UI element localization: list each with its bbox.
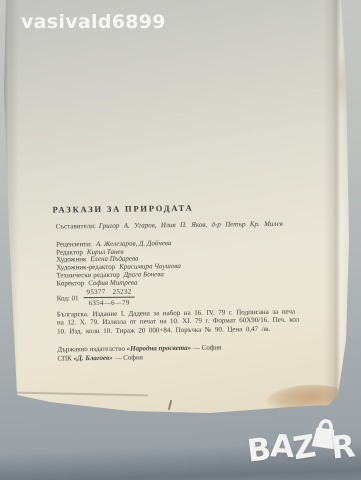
- logo-letter: B: [246, 434, 272, 468]
- publisher-name: «Народна просвета»: [127, 344, 192, 353]
- credit-line: КоректорСофия Митрева: [56, 279, 181, 288]
- compilers-line: Съставители:Григор А. Угаров, Илия П. Як…: [56, 219, 352, 231]
- publisher-city: — София: [191, 344, 221, 352]
- publisher-city: — София: [113, 353, 143, 361]
- credits-block: Рецензенти:А. Железаров, Д. Дойчева Реда…: [56, 240, 181, 288]
- credit-name: София Митрева: [88, 278, 137, 287]
- publisher-block: Държавно издателство «Народна просвета» …: [57, 344, 221, 363]
- code-denominator: 6354—6—79: [84, 298, 135, 308]
- imprint-paragraph: Българска. Издание I. Дадена за набор на…: [57, 307, 357, 336]
- credit-role: Коректор: [56, 279, 84, 287]
- logo-letter: R: [330, 431, 356, 464]
- publisher-line: СПК «Д. Благоев» — София: [57, 352, 221, 363]
- logo-letter: A: [269, 431, 293, 463]
- print-code: Код: 01 95377 25232 6354—6—79: [57, 288, 135, 308]
- code-fraction: 95377 25232 6354—6—79: [83, 288, 134, 308]
- seller-watermark: vasivald6899: [21, 11, 166, 33]
- compilers-names: Григор А. Угаров, Илия П. Яков, д-р Петъ…: [99, 220, 283, 230]
- credit-name: А. Железаров, Д. Дойчева: [96, 239, 172, 248]
- compilers-label: Съставители:: [56, 222, 96, 230]
- marketplace-logo: B A Z R: [246, 422, 354, 465]
- publisher-pre: СПК: [57, 354, 73, 362]
- code-label: Код: 01: [57, 294, 79, 302]
- credit-name: Драга Бонева: [124, 270, 164, 278]
- listing-photo: РАЗКАЗИ ЗА ПРИРОДАТА Съставители:Григор …: [0, 0, 361, 480]
- book-title: РАЗКАЗИ ЗА ПРИРОДАТА: [53, 203, 194, 215]
- code-numerator: 95377 25232: [83, 288, 134, 299]
- publisher-pre: Държавно издателство: [57, 345, 126, 354]
- publisher-name: «Д. Благоев»: [74, 353, 113, 361]
